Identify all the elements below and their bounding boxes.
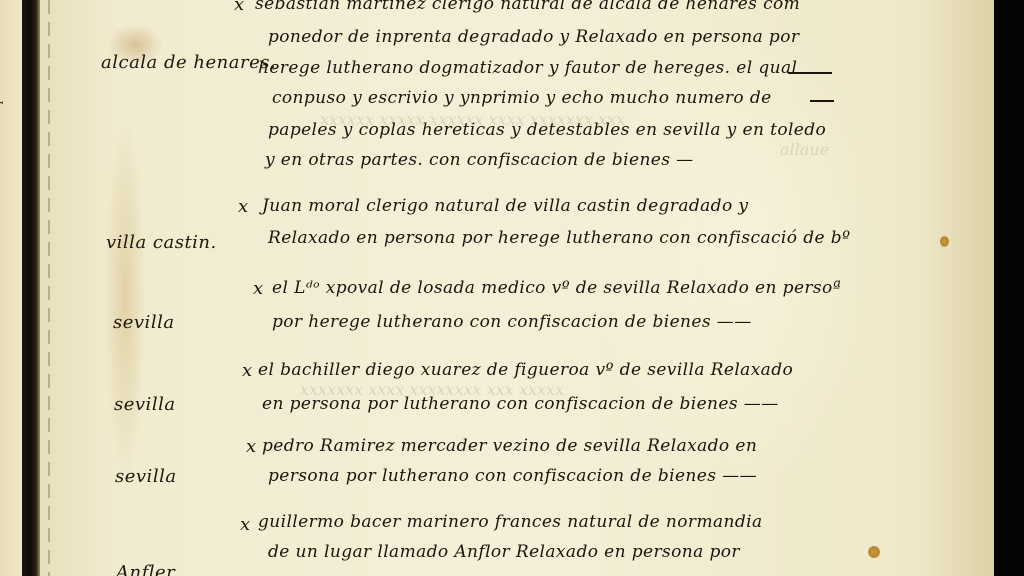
margin-place-name: villa castin. (106, 232, 217, 253)
manuscript-page: allaue xxxxxx xxxxx xxxxxx xxxx xxxxxxx … (40, 0, 996, 576)
line-filler-dash (788, 72, 832, 74)
entry-line: el Lᵈᵒ xpoval de losada medico vº de sev… (272, 278, 841, 298)
foxing-spot (868, 546, 880, 558)
margin-place-name: sevilla (115, 466, 177, 487)
entry-line: conpuso y escrivio y ynprimio y echo muc… (272, 88, 772, 108)
book-gutter (22, 0, 42, 576)
margin-place-name: sevilla (114, 394, 176, 415)
entry-line: papeles y coplas hereticas y detestables… (268, 120, 826, 140)
margin-place-name: Anfler (116, 562, 175, 576)
entry-line: Relaxado en persona por herege lutherano… (268, 228, 850, 248)
entry-line: por herege lutherano con confiscacion de… (272, 312, 752, 332)
entry-line: y en otras partes. con confiscacion de b… (265, 150, 694, 170)
entry-marker: x (242, 360, 252, 381)
line-filler-dash (810, 100, 834, 102)
entry-line: Juan moral clerigo natural de villa cast… (262, 196, 748, 216)
entry-marker: x (253, 278, 263, 299)
entry-line: el bachiller diego xuarez de figueroa vº… (258, 360, 793, 380)
bleed-through: allaue (780, 140, 829, 159)
entry-line: guillermo bacer marinero frances natural… (258, 512, 763, 532)
entry-line: de un lugar llamado Anflor Relaxado en p… (268, 542, 740, 562)
foxing-spot (940, 236, 949, 247)
entry-marker: x (240, 514, 250, 535)
entry-line: persona por lutherano con confiscacion d… (268, 466, 757, 486)
entry-line: en persona por lutherano con confiscacio… (262, 394, 779, 414)
adjacent-page-fragment: l e e l (0, 100, 4, 130)
entry-line: sebastian martinez clerigo natural de al… (255, 0, 800, 14)
entry-marker: x (238, 196, 248, 217)
entry-line: herege lutherano dogmatizador y fautor d… (258, 58, 797, 78)
entry-marker: x (246, 436, 256, 457)
entry-line: pedro Ramirez mercader vezino de sevilla… (262, 436, 757, 456)
background-edge (994, 0, 1024, 576)
margin-place-name: sevilla (113, 312, 175, 333)
binding-stitch (48, 0, 50, 576)
margin-place-name: alcala de henares. (101, 52, 276, 73)
entry-marker: x (234, 0, 244, 15)
entry-line: ponedor de inprenta degradado y Relaxado… (268, 27, 799, 47)
